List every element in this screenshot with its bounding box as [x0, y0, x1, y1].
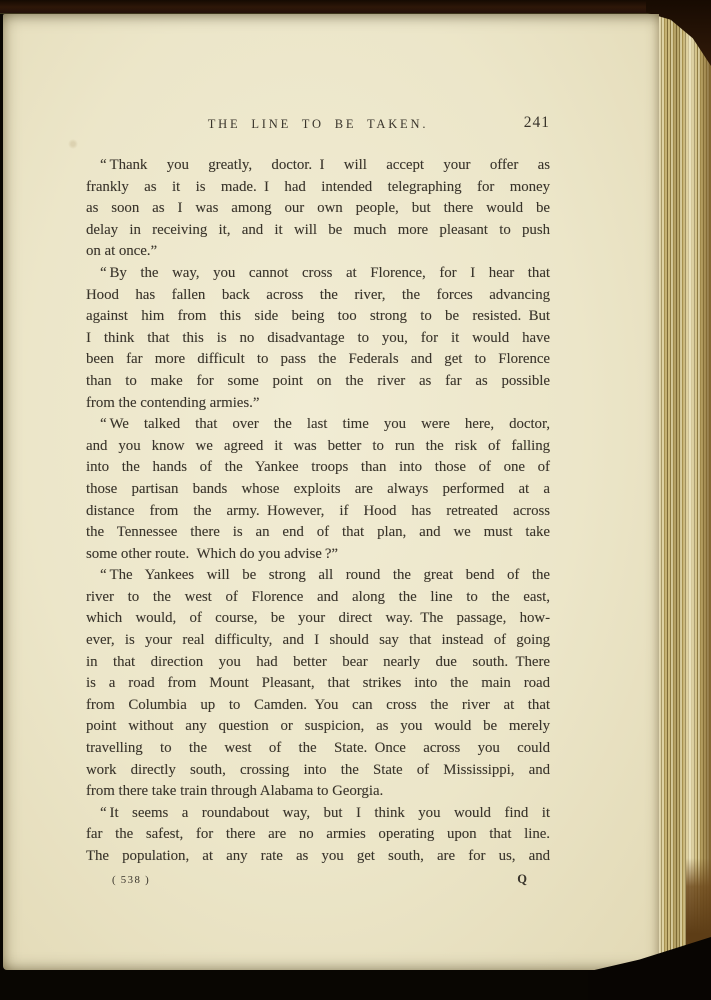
paragraph: “ Thank you greatly, doctor. I will acce… [86, 155, 550, 263]
text-line: far the safest, for there are no armies … [86, 824, 550, 846]
text-line: from Columbia up to Camden. You can cros… [86, 695, 550, 717]
text-line: the Tennessee there is an end of that pl… [86, 522, 550, 544]
text-line: ever, is your real difficulty, and I sho… [86, 630, 550, 652]
text-line: delay in receiving it, and it will be mu… [86, 220, 550, 242]
book-page: THE LINE TO BE TAKEN. 241 “ Thank you gr… [3, 14, 659, 970]
text-line: which would, of course, be your direct w… [86, 608, 550, 630]
text-line: is a road from Mount Pleasant, that stri… [86, 673, 550, 695]
text-line: “ We talked that over the last time you … [86, 414, 550, 436]
text-line: on at once.” [86, 241, 550, 263]
paragraph: “ By the way, you cannot cross at Floren… [86, 263, 550, 414]
text-line: work directly south, crossing into the S… [86, 760, 550, 782]
text-line: river to the west of Florence and along … [86, 587, 550, 609]
text-line: Hood has fallen back across the river, t… [86, 285, 550, 307]
text-line: some other route. Which do you advise ?” [86, 544, 550, 566]
plate-number: ( 538 ) [112, 870, 150, 892]
page-text: “ Thank you greatly, doctor. I will acce… [86, 155, 550, 891]
text-line: from the contending armies.” [86, 393, 550, 415]
text-line: distance from the army. However, if Hood… [86, 501, 550, 523]
paragraph: “ It seems a roundabout way, but I think… [86, 803, 550, 868]
text-line: travelling to the west of the State. Onc… [86, 738, 550, 760]
text-line: The population, at any rate as you get s… [86, 846, 550, 868]
text-line: and you know we agreed it was better to … [86, 436, 550, 458]
text-line: “ The Yankees will be strong all round t… [86, 565, 550, 587]
body-text: “ Thank you greatly, doctor. I will acce… [86, 155, 550, 868]
paragraph: “ The Yankees will be strong all round t… [86, 565, 550, 803]
text-line: from there take train through Alabama to… [86, 781, 550, 803]
paragraph: “ We talked that over the last time you … [86, 414, 550, 565]
book-fore-edge-pages [659, 13, 711, 963]
text-line: “ It seems a roundabout way, but I think… [86, 803, 550, 825]
printers-signature-mark: Q [517, 869, 527, 891]
text-line: in that direction you had better bear ne… [86, 652, 550, 674]
page-number: 241 [524, 114, 550, 132]
book-scan: THE LINE TO BE TAKEN. 241 “ Thank you gr… [0, 0, 711, 1000]
running-header-title: THE LINE TO BE TAKEN. [86, 117, 550, 132]
page-header: THE LINE TO BE TAKEN. 241 [86, 117, 550, 139]
text-line: point without any question or suspicion,… [86, 716, 550, 738]
book-cover-edge-top [0, 0, 711, 14]
text-line: into the hands of the Yankee troops than… [86, 457, 550, 479]
text-line: I think that this is no disadvantage to … [86, 328, 550, 350]
text-line: than to make for some point on the river… [86, 371, 550, 393]
text-line: “ Thank you greatly, doctor. I will acce… [86, 155, 550, 177]
text-line: against him from this side being too str… [86, 306, 550, 328]
text-line: frankly as it is made. I had intended te… [86, 177, 550, 199]
text-line: those partisan bands whose exploits are … [86, 479, 550, 501]
text-line: “ By the way, you cannot cross at Floren… [86, 263, 550, 285]
text-line: as soon as I was among our own people, b… [86, 198, 550, 220]
text-line: been far more difficult to pass the Fede… [86, 349, 550, 371]
page-footer: ( 538 ) Q [86, 869, 550, 892]
